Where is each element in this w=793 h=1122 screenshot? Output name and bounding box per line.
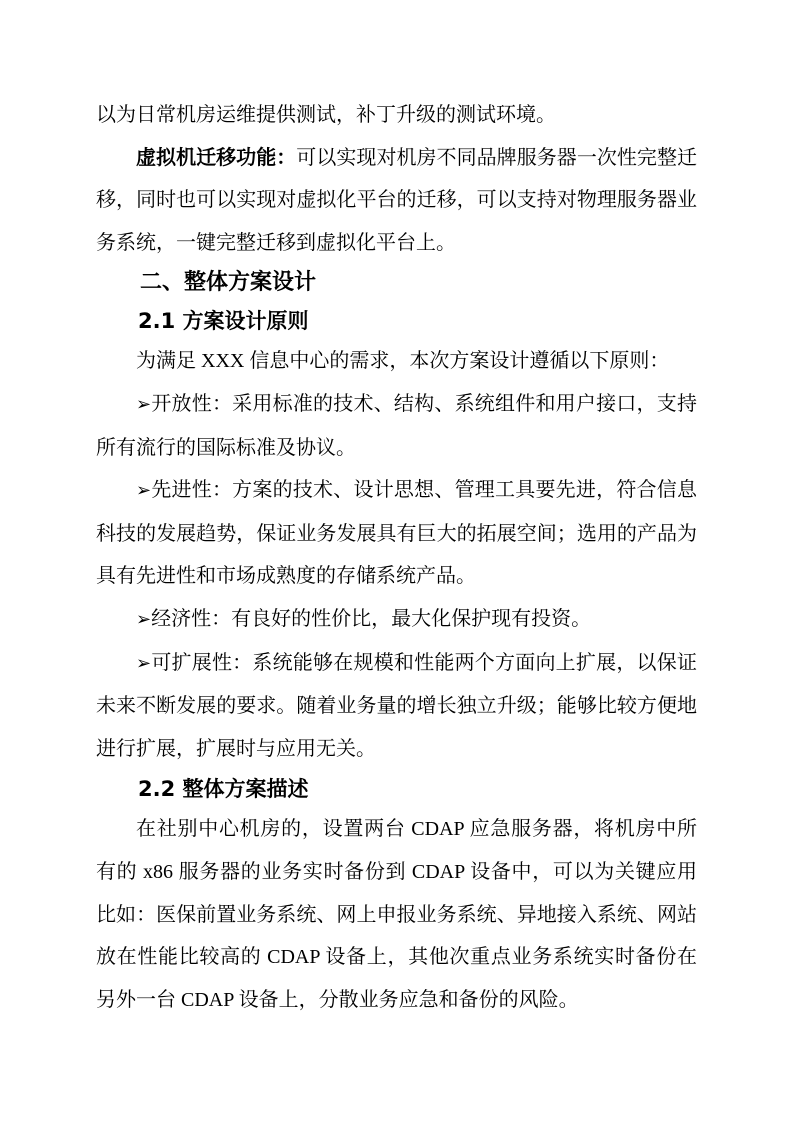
bullet-text: 先进性：方案的技术、设计思想、管理工具要先进，符合信息科技的发展趋势，保证业务发… [96,479,697,587]
heading-2-2-overall-description: 2.2 整体方案描述 [96,770,697,808]
document-page: 以为日常机房运维提供测试，补丁升级的测试环境。 虚拟机迁移功能：可以实现对机房不… [0,0,793,1122]
bullet-item-openness: ➢开放性：采用标准的技术、结构、系统组件和用户接口，支持所有流行的国际标准及协议… [96,383,697,469]
bullet-text: 经济性：有良好的性价比，最大化保护现有投资。 [151,608,591,630]
heading-2-1-design-principles: 2.1 方案设计原则 [96,302,697,340]
bold-lead-vm-migration: 虚拟机迁移功能： [136,147,296,169]
arrow-bullet-icon: ➢ [136,394,151,415]
paragraph-vm-migration: 虚拟机迁移功能：可以实现对机房不同品牌服务器一次性完整迁移，同时也可以实现对虚拟… [96,137,697,265]
bullet-text: 可扩展性：系统能够在规模和性能两个方面向上扩展，以保证未来不断发展的要求。随着业… [96,652,697,760]
paragraph-principles-intro: 为满足 XXX 信息中心的需求，本次方案设计遵循以下原则： [96,340,697,383]
bullet-text: 开放性：采用标准的技术、结构、系统组件和用户接口，支持所有流行的国际标准及协议。 [96,393,697,459]
arrow-bullet-icon: ➢ [136,653,151,674]
bullet-item-advancement: ➢先进性：方案的技术、设计思想、管理工具要先进，符合信息科技的发展趋势，保证业务… [96,469,697,598]
paragraph-overall-description: 在社别中心机房的，设置两台 CDAP 应急服务器，将机房中所有的 x86 服务器… [96,808,697,1021]
heading-section-overall-design: 二、整体方案设计 [96,264,697,302]
bullet-item-scalability: ➢可扩展性：系统能够在规模和性能两个方面向上扩展，以保证未来不断发展的要求。随着… [96,642,697,771]
paragraph-continuation: 以为日常机房运维提供测试，补丁升级的测试环境。 [96,94,697,137]
arrow-bullet-icon: ➢ [136,480,151,501]
bullet-item-economy: ➢经济性：有良好的性价比，最大化保护现有投资。 [96,598,697,642]
paragraph-text: 以为日常机房运维提供测试，补丁升级的测试环境。 [96,104,556,126]
arrow-bullet-icon: ➢ [136,609,151,630]
